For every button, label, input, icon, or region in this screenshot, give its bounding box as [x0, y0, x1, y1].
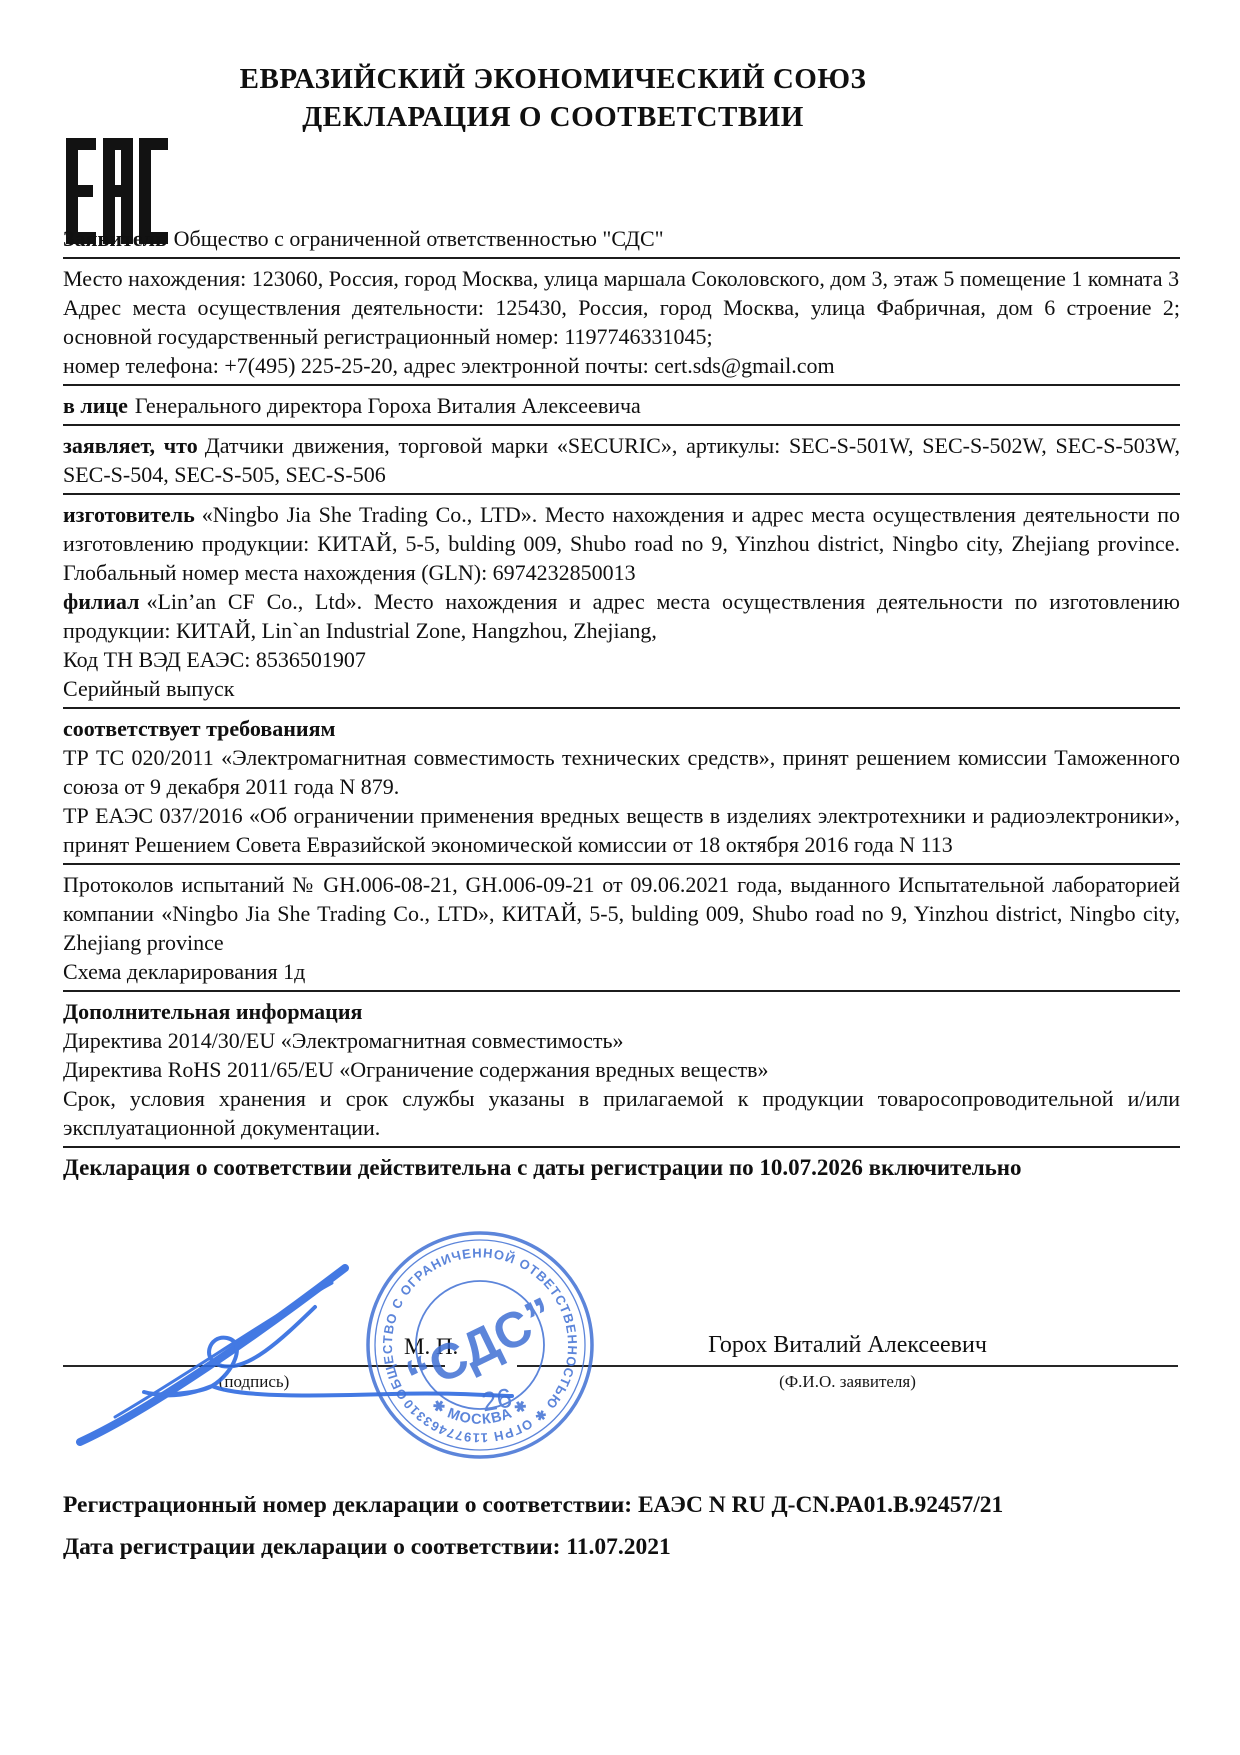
storage-terms: Срок, условия хранения и срок службы ука… — [63, 1084, 1180, 1142]
applicant-location: Место нахождения: 123060, Россия, город … — [63, 264, 1180, 293]
registration-number-line: Регистрационный номер декларации о соотв… — [63, 1492, 1180, 1519]
divider — [63, 424, 1180, 426]
company-stamp: ОБЩЕСТВО С ОГРАНИЧЕННОЙ ОТВЕТСТВЕННОСТЬЮ… — [360, 1225, 600, 1465]
validity-statement: Декларация о соответствии действительна … — [63, 1153, 1180, 1182]
tnved-code: Код ТН ВЭД ЕАЭС: 8536501907 — [63, 645, 1180, 674]
additional-heading: Дополнительная информация — [63, 997, 1180, 1026]
branch-row: филиал«Lin’an CF Co., Ltd». Место нахожд… — [63, 587, 1180, 645]
applicant-activity-address: Адрес места осуществления деятельности: … — [63, 293, 1180, 351]
declares-text: Датчики движения, торговой марки «SECURI… — [63, 433, 1180, 487]
divider — [63, 493, 1180, 495]
title-line-declaration: ДЕКЛАРАЦИЯ О СООТВЕТСТВИИ — [63, 98, 1043, 136]
representative-text: Генерального директора Гороха Виталия Ал… — [135, 393, 641, 418]
document-body: ЗаявительОбщество с ограниченной ответст… — [63, 224, 1180, 1182]
regulation-tr-ts-020: ТР ТС 020/2011 «Электромагнитная совмест… — [63, 743, 1180, 801]
manufacturer-label: изготовитель — [63, 502, 195, 527]
title-line-union: ЕВРАЗИЙСКИЙ ЭКОНОМИЧЕСКИЙ СОЮЗ — [63, 60, 1043, 98]
declares-label: заявляет, что — [63, 433, 198, 458]
branch-text: «Lin’an CF Co., Ltd». Место нахождения и… — [63, 589, 1180, 643]
document-title: ЕВРАЗИЙСКИЙ ЭКОНОМИЧЕСКИЙ СОЮЗ ДЕКЛАРАЦИ… — [63, 60, 1043, 136]
directive-emc: Директива 2014/30/EU «Электромагнитная с… — [63, 1026, 1180, 1055]
applicant-label: Заявитель — [63, 226, 167, 251]
divider — [63, 707, 1180, 709]
declaration-document: ЕВРАЗИЙСКИЙ ЭКОНОМИЧЕСКИЙ СОЮЗ ДЕКЛАРАЦИ… — [0, 0, 1240, 1755]
applicant-text: Общество с ограниченной ответственностью… — [174, 226, 664, 251]
divider — [63, 863, 1180, 865]
divider — [63, 1146, 1180, 1148]
divider — [63, 990, 1180, 992]
declares-row: заявляет, чтоДатчики движения, торговой … — [63, 431, 1180, 489]
regulation-tr-eaes-037: ТР ЕАЭС 037/2016 «Об ограничении примене… — [63, 801, 1180, 859]
registration-date-line: Дата регистрации декларации о соответств… — [63, 1534, 1180, 1561]
compliance-heading: соответствует требованиям — [63, 714, 1180, 743]
divider — [63, 384, 1180, 386]
declaration-scheme: Схема декларирования 1д — [63, 957, 1180, 986]
manufacturer-text: «Ningbo Jia She Trading Co., LTD». Место… — [63, 502, 1180, 585]
applicant-phone-email: номер телефона: +7(495) 225-25-20, адрес… — [63, 351, 1180, 380]
manufacturer-row: изготовитель«Ningbo Jia She Trading Co.,… — [63, 500, 1180, 587]
divider — [63, 257, 1180, 259]
applicant-row: ЗаявительОбщество с ограниченной ответст… — [63, 224, 1180, 253]
representative-row: в лицеГенерального директора Гороха Вита… — [63, 391, 1180, 420]
test-protocols: Протоколов испытаний № GH.006-08-21, GH.… — [63, 870, 1180, 957]
stamp-number: 26 — [479, 1383, 514, 1418]
representative-label: в лице — [63, 393, 128, 418]
branch-label: филиал — [63, 589, 139, 614]
directive-rohs: Директива RoHS 2011/65/EU «Ограничение с… — [63, 1055, 1180, 1084]
issue-type: Серийный выпуск — [63, 674, 1180, 703]
